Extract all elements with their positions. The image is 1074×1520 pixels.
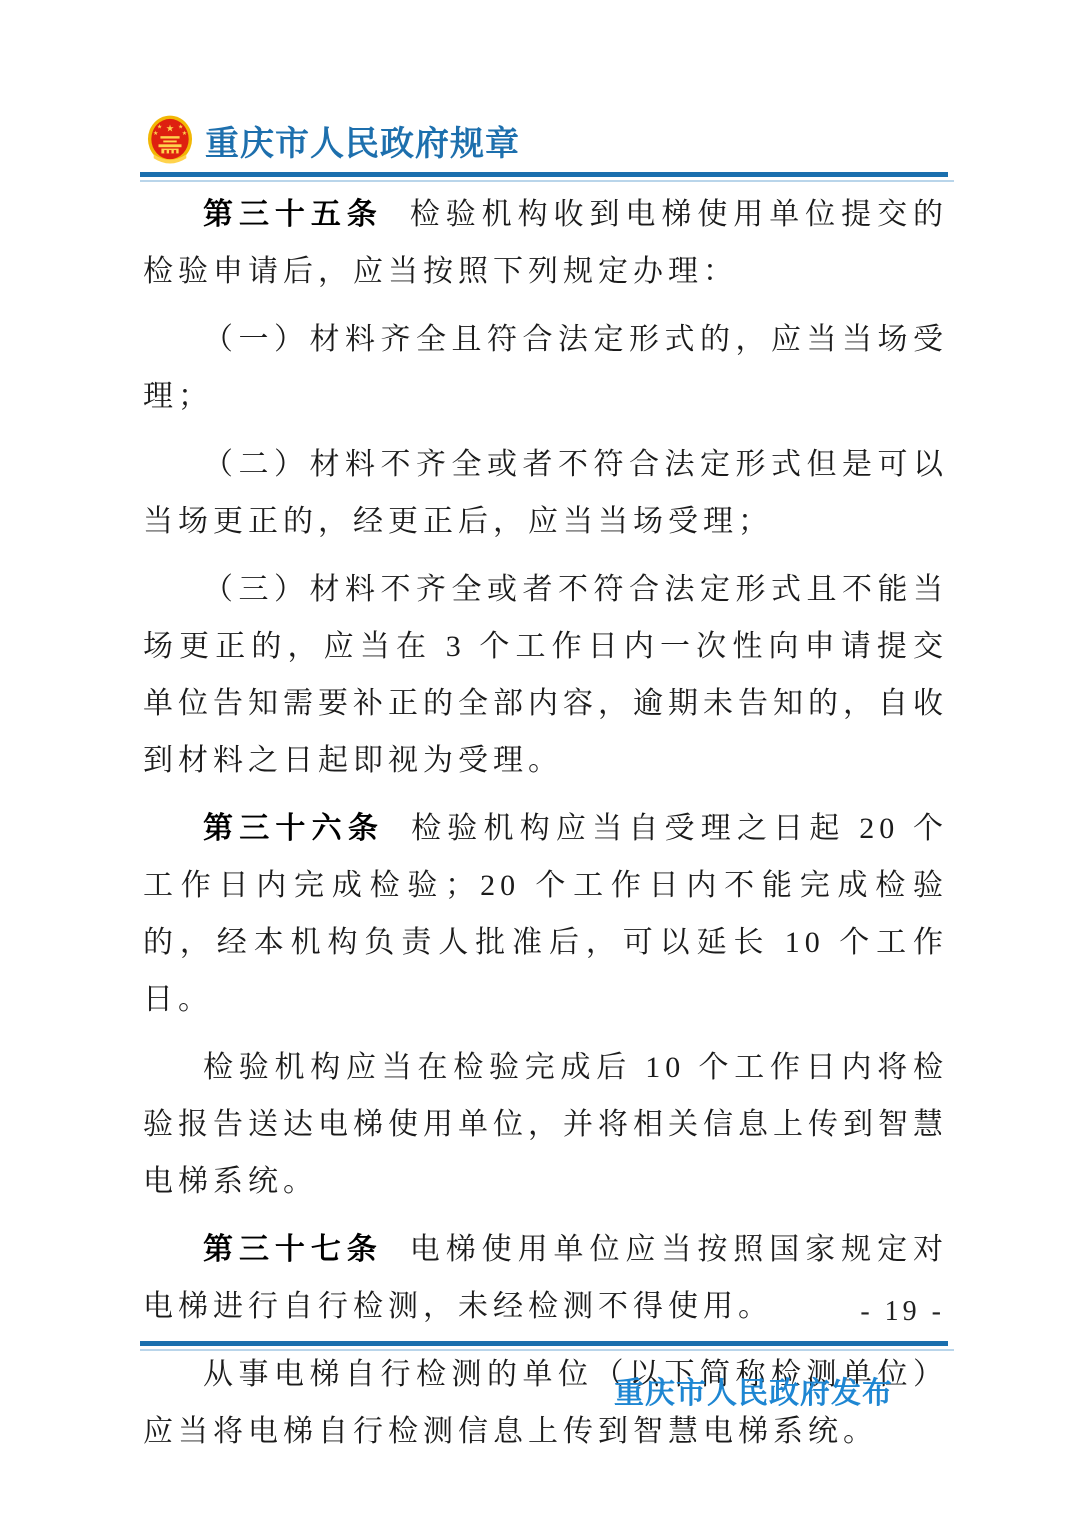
svg-text:★: ★ — [182, 130, 187, 137]
svg-text:★: ★ — [178, 124, 183, 131]
article-paragraph: 第三十五条检验机构收到电梯使用单位提交的检验申请后，应当按照下列规定办理： — [143, 186, 948, 300]
article-paragraph: （三）材料不齐全或者不符合法定形式且不能当场更正的，应当在 3 个工作日内一次性… — [143, 561, 948, 789]
footer-rule-shadow — [140, 1349, 954, 1351]
paragraph-text: （三）材料不齐全或者不符合法定形式且不能当场更正的，应当在 3 个工作日内一次性… — [143, 573, 948, 777]
page-title: 重庆市人民政府规章 — [205, 116, 520, 165]
article-paragraph: （一）材料齐全且符合法定形式的，应当当场受理； — [143, 311, 948, 425]
paragraph-text: （一）材料齐全且符合法定形式的，应当当场受理； — [143, 323, 948, 413]
page-header: ★ ★ ★ ★ ★ 重庆市人民政府规章 — [147, 115, 520, 165]
header-rule-shadow — [140, 180, 954, 182]
footer-rule — [140, 1341, 948, 1346]
document-page: ★ ★ ★ ★ ★ 重庆市人民政府规章 第三十五条检验机构收到电梯使用单位提交的… — [0, 0, 1074, 1520]
header-rule — [140, 172, 948, 177]
document-body: 第三十五条检验机构收到电梯使用单位提交的检验申请后，应当按照下列规定办理： （一… — [143, 186, 948, 1471]
publisher-label: 重庆市人民政府发布 — [614, 1368, 893, 1412]
page-number: - 19 - — [860, 1296, 945, 1328]
article-paragraph: 第三十六条检验机构应当自受理之日起 20 个工作日内完成检验；20 个工作日内不… — [143, 800, 948, 1028]
svg-text:★: ★ — [157, 124, 162, 131]
paragraph-text: （二）材料不齐全或者不符合法定形式但是可以当场更正的，经更正后，应当当场受理； — [143, 448, 948, 538]
svg-text:★: ★ — [153, 130, 158, 137]
article-paragraph: 第三十七条电梯使用单位应当按照国家规定对电梯进行自行检测，未经检测不得使用。 — [143, 1221, 948, 1335]
china-national-emblem-icon: ★ ★ ★ ★ ★ — [147, 115, 193, 165]
article-number: 第三十五条 — [203, 198, 383, 231]
article-number: 第三十七条 — [203, 1233, 383, 1266]
svg-text:★: ★ — [166, 123, 175, 134]
article-paragraph: （二）材料不齐全或者不符合法定形式但是可以当场更正的，经更正后，应当当场受理； — [143, 436, 948, 550]
article-number: 第三十六条 — [203, 812, 384, 845]
paragraph-text: 检验机构应当在检验完成后 10 个工作日内将检验报告送达电梯使用单位，并将相关信… — [143, 1051, 948, 1198]
article-paragraph: 检验机构应当在检验完成后 10 个工作日内将检验报告送达电梯使用单位，并将相关信… — [143, 1039, 948, 1210]
